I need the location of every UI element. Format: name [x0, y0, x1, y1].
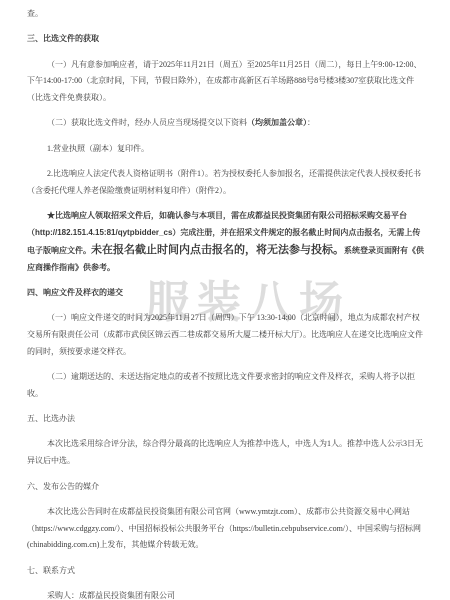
section4-paragraph-2: （二）逾期送达的、未送达指定地点的或者不按照比选文件要求密封的响应文件及样衣，采… — [27, 369, 424, 403]
section6-heading: 六、发布公告的媒介 — [27, 479, 424, 496]
section3-paragraph-2-seal-requirement: （均须加盖公章） — [247, 118, 307, 127]
star-notice-deadline-warning: 未在报名截止时间内点击报名的，将无法参与投标。 — [91, 244, 344, 256]
section5-heading: 五、比选办法 — [27, 411, 424, 428]
section3-paragraph-2: （二）获取比选文件时，经办人员应当现场提交以下资料（均须加盖公章）： — [27, 115, 424, 132]
section4-paragraph-1: （一）响应文件递交的时间为2025年11月27日（周四）下午 13:30-14:… — [27, 310, 424, 360]
section4-heading: 四、响应文件及样衣的递交 — [27, 285, 424, 302]
document-page: 服装八场 查。 三、比选文件的获取 （一）凡有意参加响应者，请于2025年11月… — [0, 0, 450, 600]
section5-paragraph-1: 本次比选采用综合评分法，综合得分最高的比选响应人为推荐中选人，中选人为1人。推荐… — [27, 436, 424, 470]
section3-heading: 三、比选文件的获取 — [27, 31, 424, 48]
section3-list-item-1: 1.营业执照（副本）复印件。 — [27, 141, 424, 158]
purchaser-line: 采购人：成都益民投资集团有限公司 — [27, 588, 424, 600]
section7-heading: 七、联系方式 — [27, 563, 424, 580]
document-body: 查。 三、比选文件的获取 （一）凡有意参加响应者，请于2025年11月21日（周… — [27, 6, 424, 600]
section3-paragraph-2-tail: ： — [307, 118, 315, 127]
section3-list-item-2: 2.比选响应人法定代表人资格证明书（附件1）。若为授权委托人参加报名，还需提供法… — [27, 166, 424, 200]
section3-star-notice: ★比选响应人领取招采文件后，如确认参与本项目，需在成都益民投资集团有限公司招标采… — [27, 208, 424, 276]
previous-page-fragment: 查。 — [27, 6, 424, 23]
section3-paragraph-2-lead: （二）获取比选文件时，经办人员应当现场提交以下资料 — [47, 118, 247, 127]
bidding-platform-url: http://182.151.4.15:81/qytpbidder_cs — [35, 228, 172, 237]
section3-paragraph-1: （一）凡有意参加响应者，请于2025年11月21日（周五）至2025年11月25… — [27, 57, 424, 107]
section6-paragraph-1: 本次比选公告同时在成都益民投资集团有限公司官网（www.ymtzjt.com）、… — [27, 504, 424, 554]
